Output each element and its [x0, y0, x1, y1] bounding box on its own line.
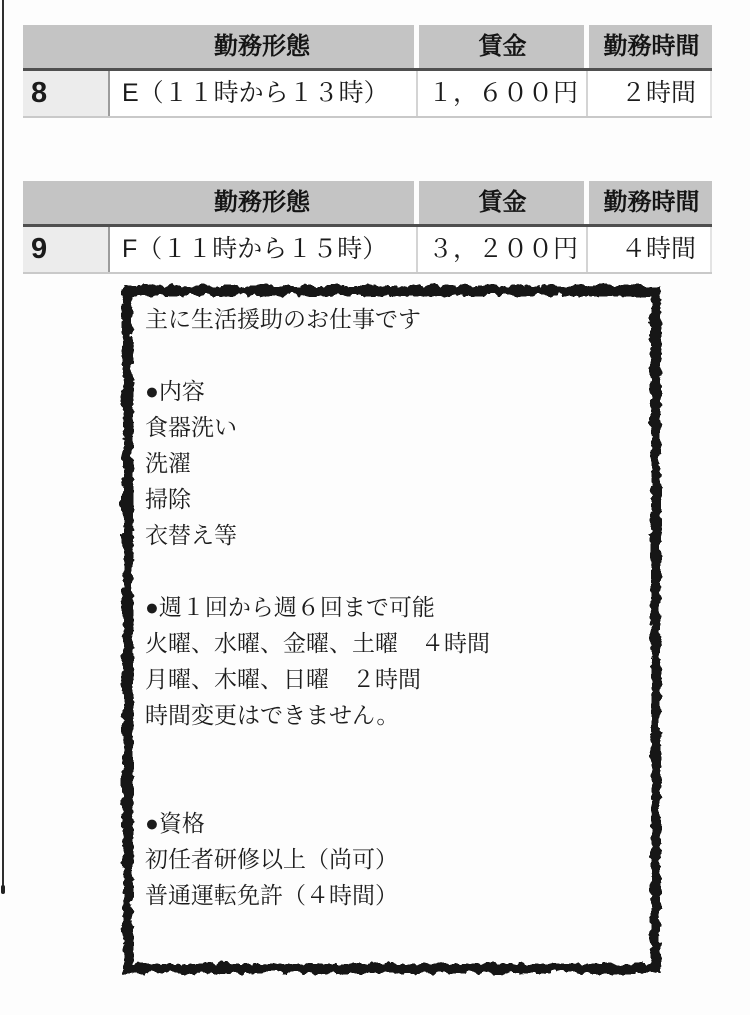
header-work-hours: 勤務時間: [591, 181, 712, 224]
header-work-hours: 勤務時間: [591, 25, 712, 68]
note-line: 主に生活援助のお仕事です: [145, 301, 635, 337]
work-hours-cell: ４時間: [586, 227, 712, 272]
note-line: 洗濯: [145, 445, 635, 481]
header-separator: [584, 181, 589, 224]
note-line: 掃除: [145, 481, 635, 517]
wage-cell: ３，２００円: [416, 227, 586, 272]
note-line: 普通運転免許（４時間）: [145, 877, 635, 913]
header-separator: [414, 25, 419, 68]
table-header-row: 勤務形態 賃金 勤務時間: [23, 25, 712, 71]
work-type-cell: F（１１時から１５時）: [112, 227, 422, 272]
header-wage: 賃金: [419, 25, 586, 68]
header-wage: 賃金: [419, 181, 586, 224]
note-box-content: 主に生活援助のお仕事です ●内容 食器洗い 洗濯 掃除 衣替え等 ●週１回から週…: [145, 301, 635, 913]
header-work-type: 勤務形態: [110, 25, 414, 68]
note-line: ●週１回から週６回まで可能: [145, 589, 635, 625]
note-line: [145, 733, 635, 769]
row-number-cell: 9: [23, 227, 110, 272]
header-work-type: 勤務形態: [110, 181, 414, 224]
schedule-table-entry-9: 勤務形態 賃金 勤務時間 9 F（１１時から１５時） ３，２００円 ４時間: [23, 181, 712, 274]
note-line: 食器洗い: [145, 409, 635, 445]
table-row: 8 E（１１時から１３時） １，６００円 ２時間: [23, 71, 712, 118]
table-row: 9 F（１１時から１５時） ３，２００円 ４時間: [23, 227, 712, 274]
work-type-cell: E（１１時から１３時）: [112, 71, 422, 116]
document-page: 勤務形態 賃金 勤務時間 8 E（１１時から１３時） １，６００円 ２時間 勤務…: [0, 0, 750, 1015]
note-line: 時間変更はできません。: [145, 697, 635, 733]
wage-cell: １，６００円: [416, 71, 586, 116]
note-line: ●資格: [145, 805, 635, 841]
note-line: [145, 769, 635, 805]
scan-edge-artifact: [2, 0, 4, 888]
note-line: 火曜、水曜、金曜、土曜 ４時間: [145, 625, 635, 661]
header-separator: [584, 25, 589, 68]
note-line: [145, 337, 635, 373]
schedule-table-entry-8: 勤務形態 賃金 勤務時間 8 E（１１時から１３時） １，６００円 ２時間: [23, 25, 712, 118]
note-line: 月曜、木曜、日曜 ２時間: [145, 661, 635, 697]
note-line: 衣替え等: [145, 517, 635, 553]
work-hours-cell: ２時間: [586, 71, 712, 116]
note-line: 初任者研修以上（尚可）: [145, 841, 635, 877]
header-separator: [414, 181, 419, 224]
table-header-row: 勤務形態 賃金 勤務時間: [23, 181, 712, 227]
scan-edge-artifact-tip: [1, 885, 5, 894]
note-line: ●内容: [145, 373, 635, 409]
note-line: [145, 553, 635, 589]
row-number-cell: 8: [23, 71, 110, 116]
